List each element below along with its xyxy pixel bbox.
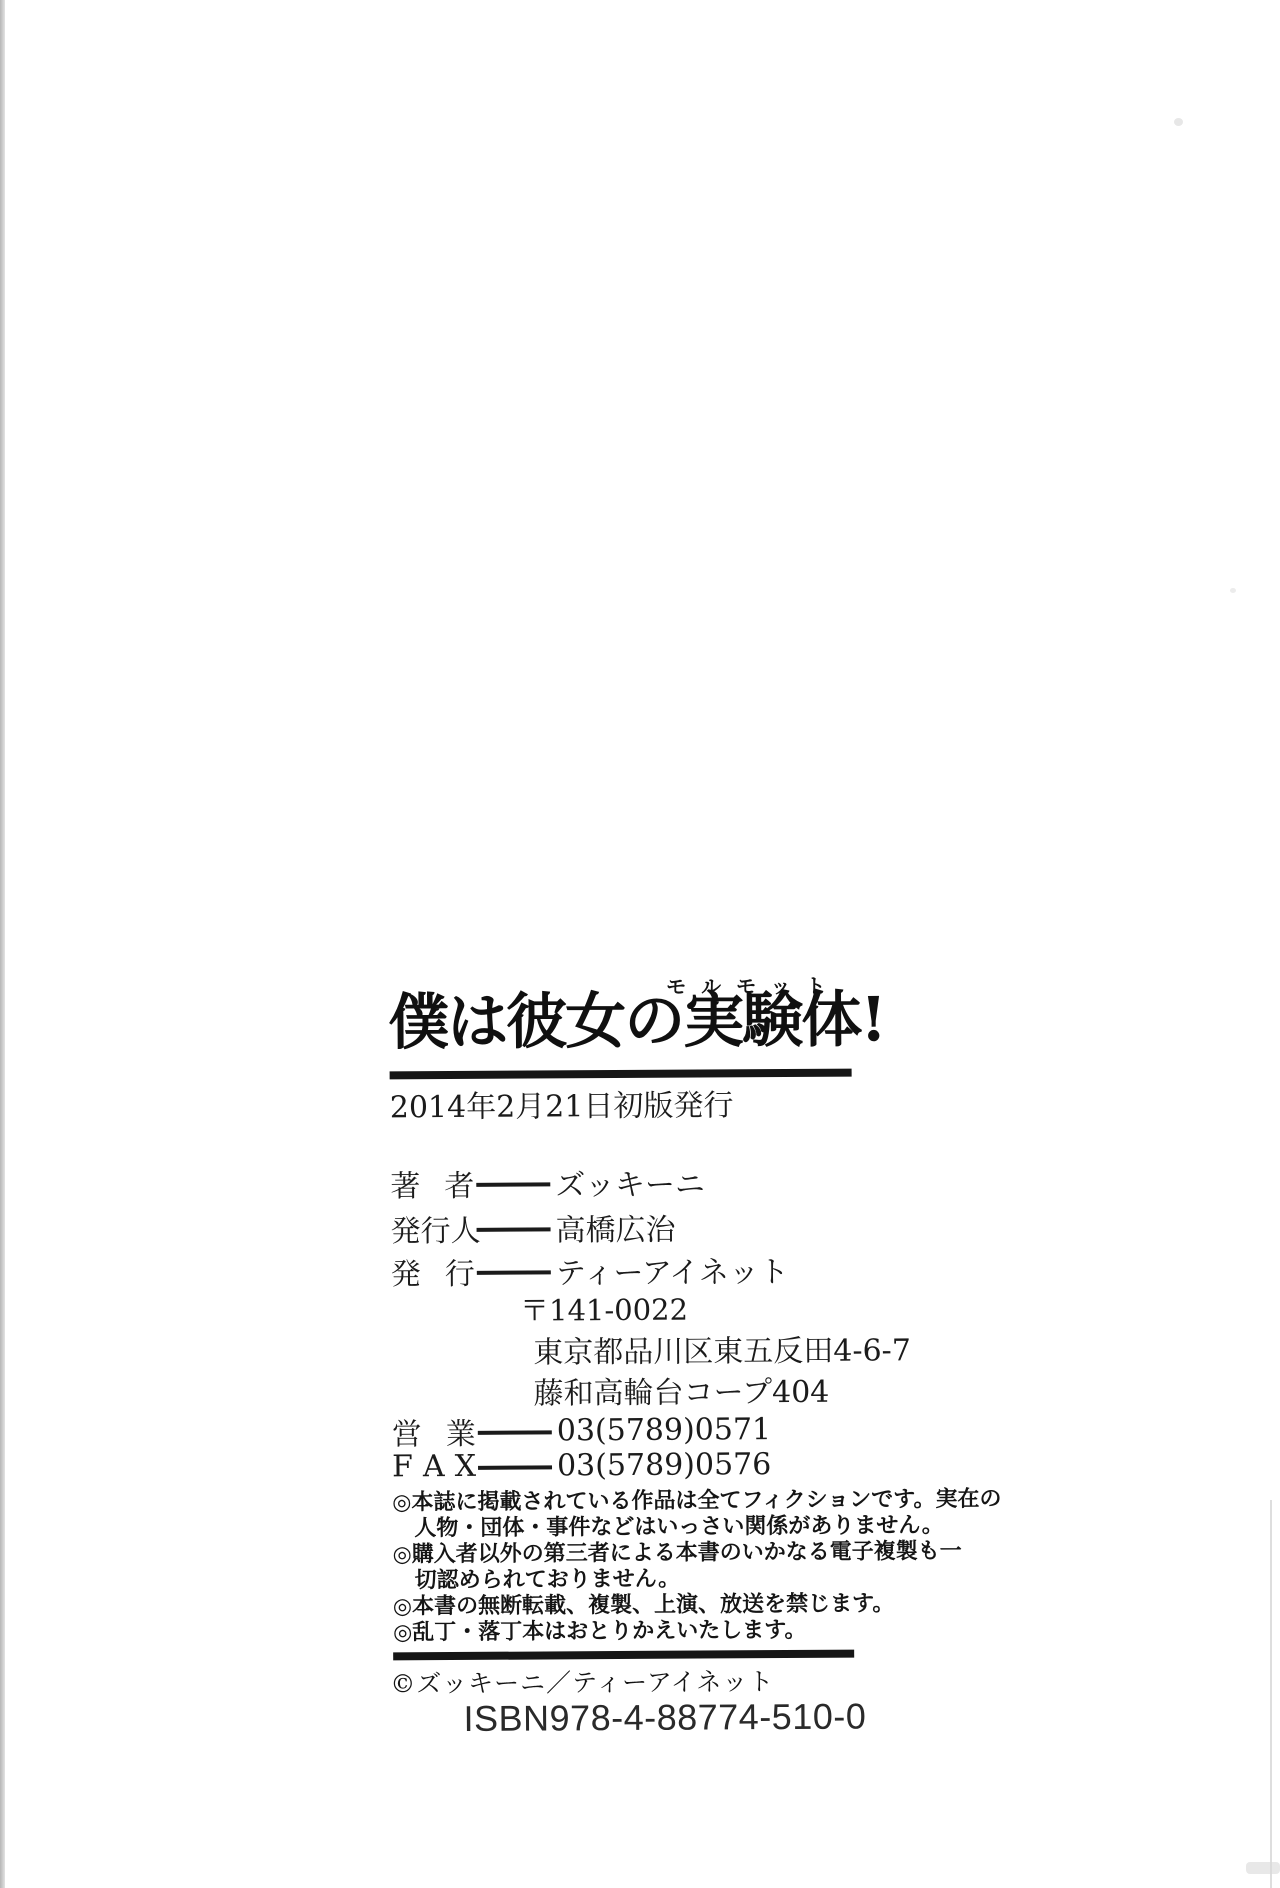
- address-line-1: 東京都品川区東五反田4-6-7: [533, 1325, 911, 1371]
- fax-label-char: F: [392, 1449, 413, 1484]
- scan-speck: [1230, 588, 1236, 593]
- author-name: ズッキーニ: [555, 1159, 705, 1204]
- fax-number: 03(5789)0576: [557, 1447, 771, 1483]
- book-title: 僕は彼女の実験体!: [388, 988, 885, 1055]
- sales-label-char: 業: [446, 1409, 476, 1453]
- publisher-label-char: 行: [445, 1249, 475, 1293]
- label-dash: [477, 1227, 551, 1231]
- notice-line: 人物・団体・事件などはいっさい関係がありません。: [392, 1512, 1001, 1542]
- publisher-name: ティーアイネット: [556, 1247, 789, 1292]
- footer-divider-rule: [393, 1650, 854, 1661]
- scan-speck: [1174, 118, 1183, 126]
- colophon-content: モルモット 僕は彼女の実験体! 2014年2月21日初版発行 著 者 ズッキーニ…: [0, 0, 1280, 1888]
- author-label: 著 者: [390, 1161, 474, 1206]
- sales-label-char: 営: [392, 1409, 422, 1453]
- label-dash: [478, 1465, 552, 1469]
- contact-row-fax: F A X 03(5789)0576: [392, 1447, 771, 1484]
- sales-label: 営 業: [392, 1409, 476, 1454]
- fax-label: F A X: [392, 1449, 476, 1485]
- scan-right-edge-artifact: [1270, 1500, 1272, 1888]
- publisher-label-char: 発: [391, 1249, 421, 1293]
- credit-row-publisher: 発 行 ティーアイネット: [391, 1247, 789, 1293]
- notice-line: 切認められておりません。: [393, 1564, 1002, 1594]
- publisher-person-label-char: 発: [390, 1206, 420, 1250]
- publisher-label: 発 行: [391, 1249, 475, 1294]
- isbn-number: ISBN978-4-88774-510-0: [463, 1696, 866, 1740]
- scan-smudge: [1246, 1862, 1280, 1874]
- author-label-char: 著: [390, 1161, 420, 1205]
- copyright-line: ©ズッキーニ／ティーアイネット: [390, 1662, 774, 1700]
- notice-line: ◎購入者以外の第三者による本書のいかなる電子複製も一: [392, 1538, 1001, 1568]
- notice-line: ◎本誌に掲載されている作品は全てフィクションです。実在の: [392, 1486, 1001, 1516]
- notice-line: ◎本書の無断転載、複製、上演、放送を禁じます。: [393, 1590, 1002, 1620]
- legal-notices: ◎本誌に掲載されている作品は全てフィクションです。実在の 人物・団体・事件などは…: [392, 1486, 1002, 1646]
- notice-line: ◎乱丁・落丁本はおとりかえいたします。: [393, 1616, 1002, 1646]
- label-dash: [478, 1430, 552, 1434]
- title-divider-rule: [390, 1069, 852, 1080]
- edition-date: 2014年2月21日初版発行: [390, 1080, 734, 1126]
- fax-label-char: X: [455, 1449, 477, 1484]
- author-label-char: 者: [444, 1161, 474, 1205]
- credit-row-author: 著 者 ズッキーニ: [390, 1159, 705, 1205]
- credit-row-publisher-person: 発 行 人 高橋広治: [390, 1205, 675, 1251]
- scanned-colophon-page: モルモット 僕は彼女の実験体! 2014年2月21日初版発行 著 者 ズッキーニ…: [0, 0, 1280, 1888]
- address-line-2: 藤和高輪台コープ404: [533, 1367, 829, 1413]
- publisher-person-label-char: 行: [420, 1206, 450, 1250]
- publisher-person-label: 発 行 人: [390, 1206, 474, 1251]
- scan-left-edge-artifact: [0, 0, 5, 1888]
- label-dash: [476, 1182, 550, 1186]
- postal-code: 〒141-0022: [520, 1288, 688, 1330]
- publisher-person-name: 高橋広治: [555, 1205, 675, 1250]
- fax-label-char: A: [423, 1449, 445, 1484]
- label-dash: [477, 1270, 551, 1274]
- sales-phone-number: 03(5789)0571: [557, 1412, 771, 1448]
